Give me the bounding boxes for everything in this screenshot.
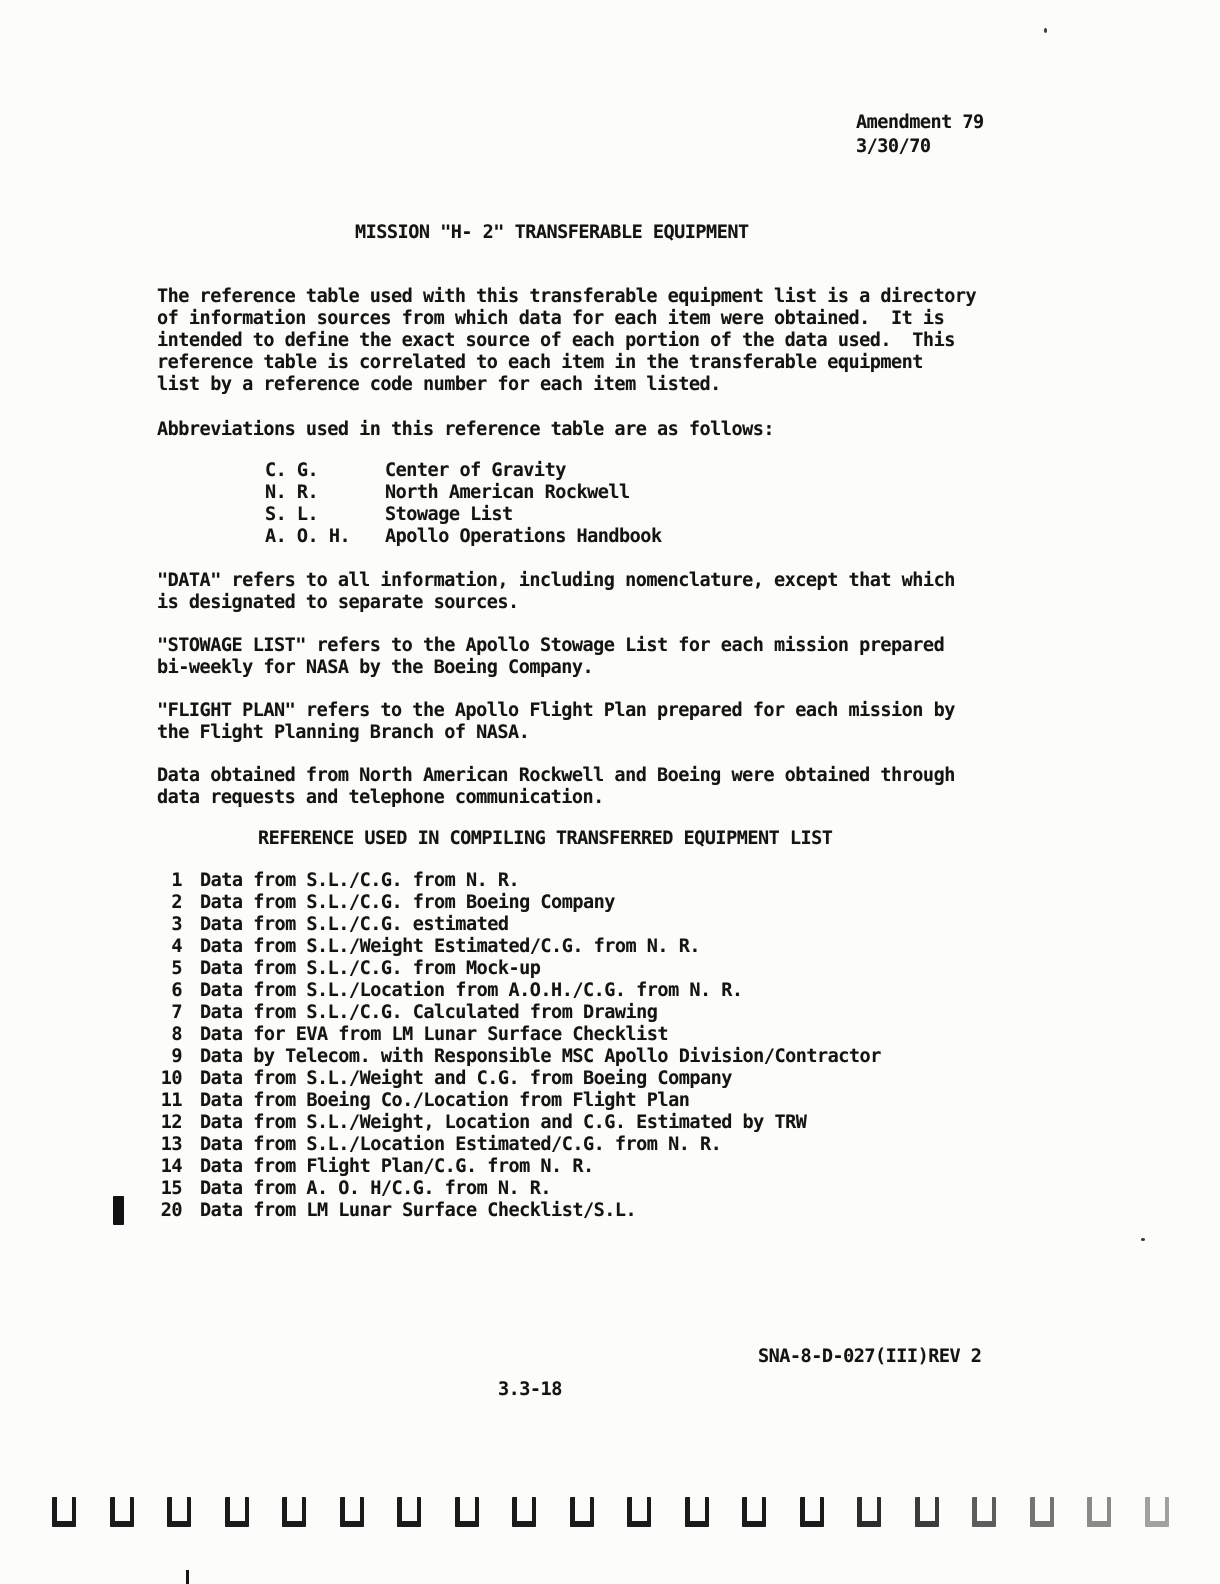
- binding-mark-icon: [972, 1497, 996, 1527]
- binding-mark-icon: [167, 1497, 191, 1527]
- reference-text: Data from A. O. H/C.G. from N. R.: [200, 1178, 551, 1200]
- reference-text: Data from S.L./C.G. from Boeing Company: [200, 892, 615, 914]
- stowage-list-definition-paragraph: "STOWAGE LIST" refers to the Apollo Stow…: [157, 635, 944, 679]
- abbreviation-row: S. L. Stowage List: [265, 504, 662, 526]
- reference-number: 1: [138, 870, 182, 892]
- amendment-number: Amendment 79: [856, 112, 984, 134]
- reference-item: 8Data for EVA from LM Lunar Surface Chec…: [138, 1024, 881, 1046]
- reference-text: Data from S.L./Weight, Location and C.G.…: [200, 1112, 806, 1134]
- reference-number: 11: [138, 1090, 182, 1112]
- data-definition-paragraph: "DATA" refers to all information, includ…: [157, 570, 955, 614]
- binding-mark-icon: [627, 1497, 651, 1527]
- reference-item: 3Data from S.L./C.G. estimated: [138, 914, 881, 936]
- reference-number: 6: [138, 980, 182, 1002]
- binding-mark-icon: [110, 1497, 134, 1527]
- reference-list: 1Data from S.L./C.G. from N. R. 2Data fr…: [138, 870, 881, 1222]
- reference-item: 10Data from S.L./Weight and C.G. from Bo…: [138, 1068, 881, 1090]
- amendment-date: 3/30/70: [856, 136, 930, 158]
- scan-speck: [1141, 1238, 1145, 1241]
- reference-number: 15: [138, 1178, 182, 1200]
- page-title: MISSION "H- 2" TRANSFERABLE EQUIPMENT: [355, 222, 749, 244]
- reference-text: Data from S.L./Location from A.O.H./C.G.…: [200, 980, 743, 1002]
- reference-text: Data from S.L./C.G. from N. R.: [200, 870, 519, 892]
- abbreviation-row: N. R. North American Rockwell: [265, 482, 662, 504]
- reference-item: 14Data from Flight Plan/C.G. from N. R.: [138, 1156, 881, 1178]
- reference-item: 5Data from S.L./C.G. from Mock-up: [138, 958, 881, 980]
- reference-number: 7: [138, 1002, 182, 1024]
- abbreviation-row: C. G. Center of Gravity: [265, 460, 662, 482]
- binding-marks-row: [0, 1497, 1220, 1529]
- abbreviation-row: A. O. H. Apollo Operations Handbook: [265, 526, 662, 548]
- reference-text: Data from S.L./C.G. from Mock-up: [200, 958, 540, 980]
- reference-item: 2Data from S.L./C.G. from Boeing Company: [138, 892, 881, 914]
- reference-text: Data for EVA from LM Lunar Surface Check…: [200, 1024, 668, 1046]
- reference-number: 14: [138, 1156, 182, 1178]
- reference-item: 15Data from A. O. H/C.G. from N. R.: [138, 1178, 881, 1200]
- binding-mark-icon: [52, 1497, 76, 1527]
- abbreviation-key: S. L.: [265, 504, 385, 526]
- binding-mark-icon: [857, 1497, 881, 1527]
- reference-number: 4: [138, 936, 182, 958]
- reference-item: 12Data from S.L./Weight, Location and C.…: [138, 1112, 881, 1134]
- abbreviation-meaning: Stowage List: [385, 504, 513, 526]
- reference-text: Data from S.L./Location Estimated/C.G. f…: [200, 1134, 721, 1156]
- abbreviation-key: A. O. H.: [265, 526, 385, 548]
- abbreviation-meaning: North American Rockwell: [385, 482, 630, 504]
- reference-text: Data by Telecom. with Responsible MSC Ap…: [200, 1046, 881, 1068]
- data-obtained-paragraph: Data obtained from North American Rockwe…: [157, 765, 955, 809]
- reference-item: 13Data from S.L./Location Estimated/C.G.…: [138, 1134, 881, 1156]
- binding-mark-icon: [685, 1497, 709, 1527]
- binding-mark-icon: [282, 1497, 306, 1527]
- reference-number: 10: [138, 1068, 182, 1090]
- reference-item: 9Data by Telecom. with Responsible MSC A…: [138, 1046, 881, 1068]
- reference-item: 20Data from LM Lunar Surface Checklist/S…: [138, 1200, 881, 1222]
- reference-list-heading: REFERENCE USED IN COMPILING TRANSFERRED …: [258, 828, 832, 850]
- reference-number: 20: [138, 1200, 182, 1222]
- reference-item: 7Data from S.L./C.G. Calculated from Dra…: [138, 1002, 881, 1024]
- reference-text: Data from S.L./Weight Estimated/C.G. fro…: [200, 936, 700, 958]
- abbreviation-key: N. R.: [265, 482, 385, 504]
- binding-mark-icon: [512, 1497, 536, 1527]
- reference-item: 1Data from S.L./C.G. from N. R.: [138, 870, 881, 892]
- change-bar: [113, 1196, 124, 1225]
- binding-mark-icon: [1145, 1497, 1169, 1527]
- reference-text: Data from S.L./C.G. estimated: [200, 914, 509, 936]
- reference-text: Data from S.L./Weight and C.G. from Boei…: [200, 1068, 732, 1090]
- abbreviation-meaning: Center of Gravity: [385, 460, 566, 482]
- reference-number: 8: [138, 1024, 182, 1046]
- reference-number: 12: [138, 1112, 182, 1134]
- abbreviation-table: C. G. Center of Gravity N. R. North Amer…: [265, 460, 662, 548]
- binding-mark-icon: [397, 1497, 421, 1527]
- binding-mark-icon: [742, 1497, 766, 1527]
- binding-mark-icon: [340, 1497, 364, 1527]
- reference-item: 4Data from S.L./Weight Estimated/C.G. fr…: [138, 936, 881, 958]
- reference-number: 2: [138, 892, 182, 914]
- reference-number: 9: [138, 1046, 182, 1068]
- intro-paragraph: The reference table used with this trans…: [157, 286, 976, 396]
- binding-mark-icon: [800, 1497, 824, 1527]
- page-number: 3.3-18: [498, 1379, 562, 1401]
- reference-number: 13: [138, 1134, 182, 1156]
- reference-text: Data from Boeing Co./Location from Fligh…: [200, 1090, 689, 1112]
- abbreviations-intro: Abbreviations used in this reference tab…: [157, 419, 774, 441]
- reference-text: Data from Flight Plan/C.G. from N. R.: [200, 1156, 594, 1178]
- flight-plan-definition-paragraph: "FLIGHT PLAN" refers to the Apollo Fligh…: [157, 700, 955, 744]
- scan-tick: [186, 1570, 189, 1584]
- abbreviation-key: C. G.: [265, 460, 385, 482]
- reference-number: 3: [138, 914, 182, 936]
- abbreviation-meaning: Apollo Operations Handbook: [385, 526, 662, 548]
- reference-text: Data from S.L./C.G. Calculated from Draw…: [200, 1002, 657, 1024]
- document-number: SNA-8-D-027(III)REV 2: [758, 1346, 981, 1368]
- binding-mark-icon: [1087, 1497, 1111, 1527]
- binding-mark-icon: [915, 1497, 939, 1527]
- scan-speck: [1044, 28, 1047, 33]
- reference-text: Data from LM Lunar Surface Checklist/S.L…: [200, 1200, 636, 1222]
- reference-item: 6Data from S.L./Location from A.O.H./C.G…: [138, 980, 881, 1002]
- document-page: Amendment 79 3/30/70 MISSION "H- 2" TRAN…: [0, 0, 1220, 1584]
- binding-mark-icon: [225, 1497, 249, 1527]
- binding-mark-icon: [570, 1497, 594, 1527]
- binding-mark-icon: [1030, 1497, 1054, 1527]
- reference-number: 5: [138, 958, 182, 980]
- reference-item: 11Data from Boeing Co./Location from Fli…: [138, 1090, 881, 1112]
- binding-mark-icon: [455, 1497, 479, 1527]
